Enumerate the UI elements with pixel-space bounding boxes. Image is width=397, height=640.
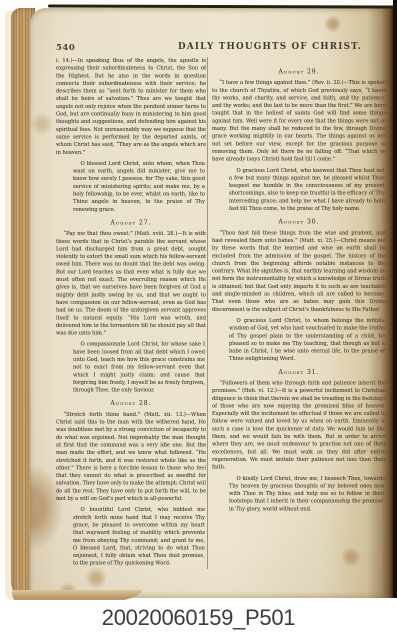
paragraph: “Stretch forth thine hand.” (Matt. xii. …	[56, 411, 206, 503]
paragraph: “I have a few things against thee.” (Rev…	[212, 79, 386, 163]
paragraph: i. 14.)—In speaking thus of the angels, …	[56, 57, 206, 156]
left-column-text: i. 14.)—In speaking thus of the angels, …	[56, 57, 206, 567]
prayer-paragraph: O bountiful Lord Christ, who biddest me …	[73, 506, 205, 567]
prayer-paragraph: O gracious Lord Christ, who knowest that…	[229, 167, 385, 213]
date-heading-august-27: August 27.	[56, 219, 206, 227]
paragraph: “Thou hast hid these things from the wis…	[212, 229, 386, 313]
catalog-caption-bar: 20020060159_P501	[0, 600, 397, 640]
column-divider-rule	[207, 57, 208, 569]
date-heading-august-28: August 28.	[56, 400, 206, 408]
photo-area: 540 DAILY THOUGHTS OF CHRIST. i. 14.)—In…	[0, 0, 397, 600]
paragraph: “Followers of them who through faith and…	[212, 379, 386, 471]
book-page: 540 DAILY THOUGHTS OF CHRIST. i. 14.)—In…	[30, 8, 397, 598]
right-column-text: August 29. “I have a few things against …	[212, 68, 386, 513]
catalog-id-label: 20020060159_P501	[102, 605, 295, 631]
left-column: i. 14.)—In speaking thus of the angels, …	[56, 57, 206, 573]
right-column: August 29. “I have a few things against …	[212, 57, 388, 573]
scan-background-right-edge	[393, 0, 397, 597]
prayer-paragraph: O kindly Lord Christ, draw me, I beseech…	[229, 475, 385, 513]
running-title: DAILY THOUGHTS OF CHRIST.	[178, 42, 320, 52]
prayer-paragraph: O gracious Lord Christ, to whom belongs …	[229, 317, 385, 363]
prayer-paragraph: O blessed Lord Christ, unto whom, when T…	[73, 160, 205, 214]
date-heading-august-31: August 31.	[212, 368, 386, 376]
date-heading-august-30: August 30.	[212, 218, 386, 226]
prayer-paragraph: O compassionate Lord Christ, for whose s…	[73, 341, 205, 395]
book-scan-photo: 540 DAILY THOUGHTS OF CHRIST. i. 14.)—In…	[0, 0, 397, 640]
date-heading-august-29: August 29.	[212, 68, 386, 76]
page-number: 540	[56, 43, 75, 53]
paragraph: “Pay me that thou owest.” (Matt. xviii. …	[56, 230, 206, 337]
